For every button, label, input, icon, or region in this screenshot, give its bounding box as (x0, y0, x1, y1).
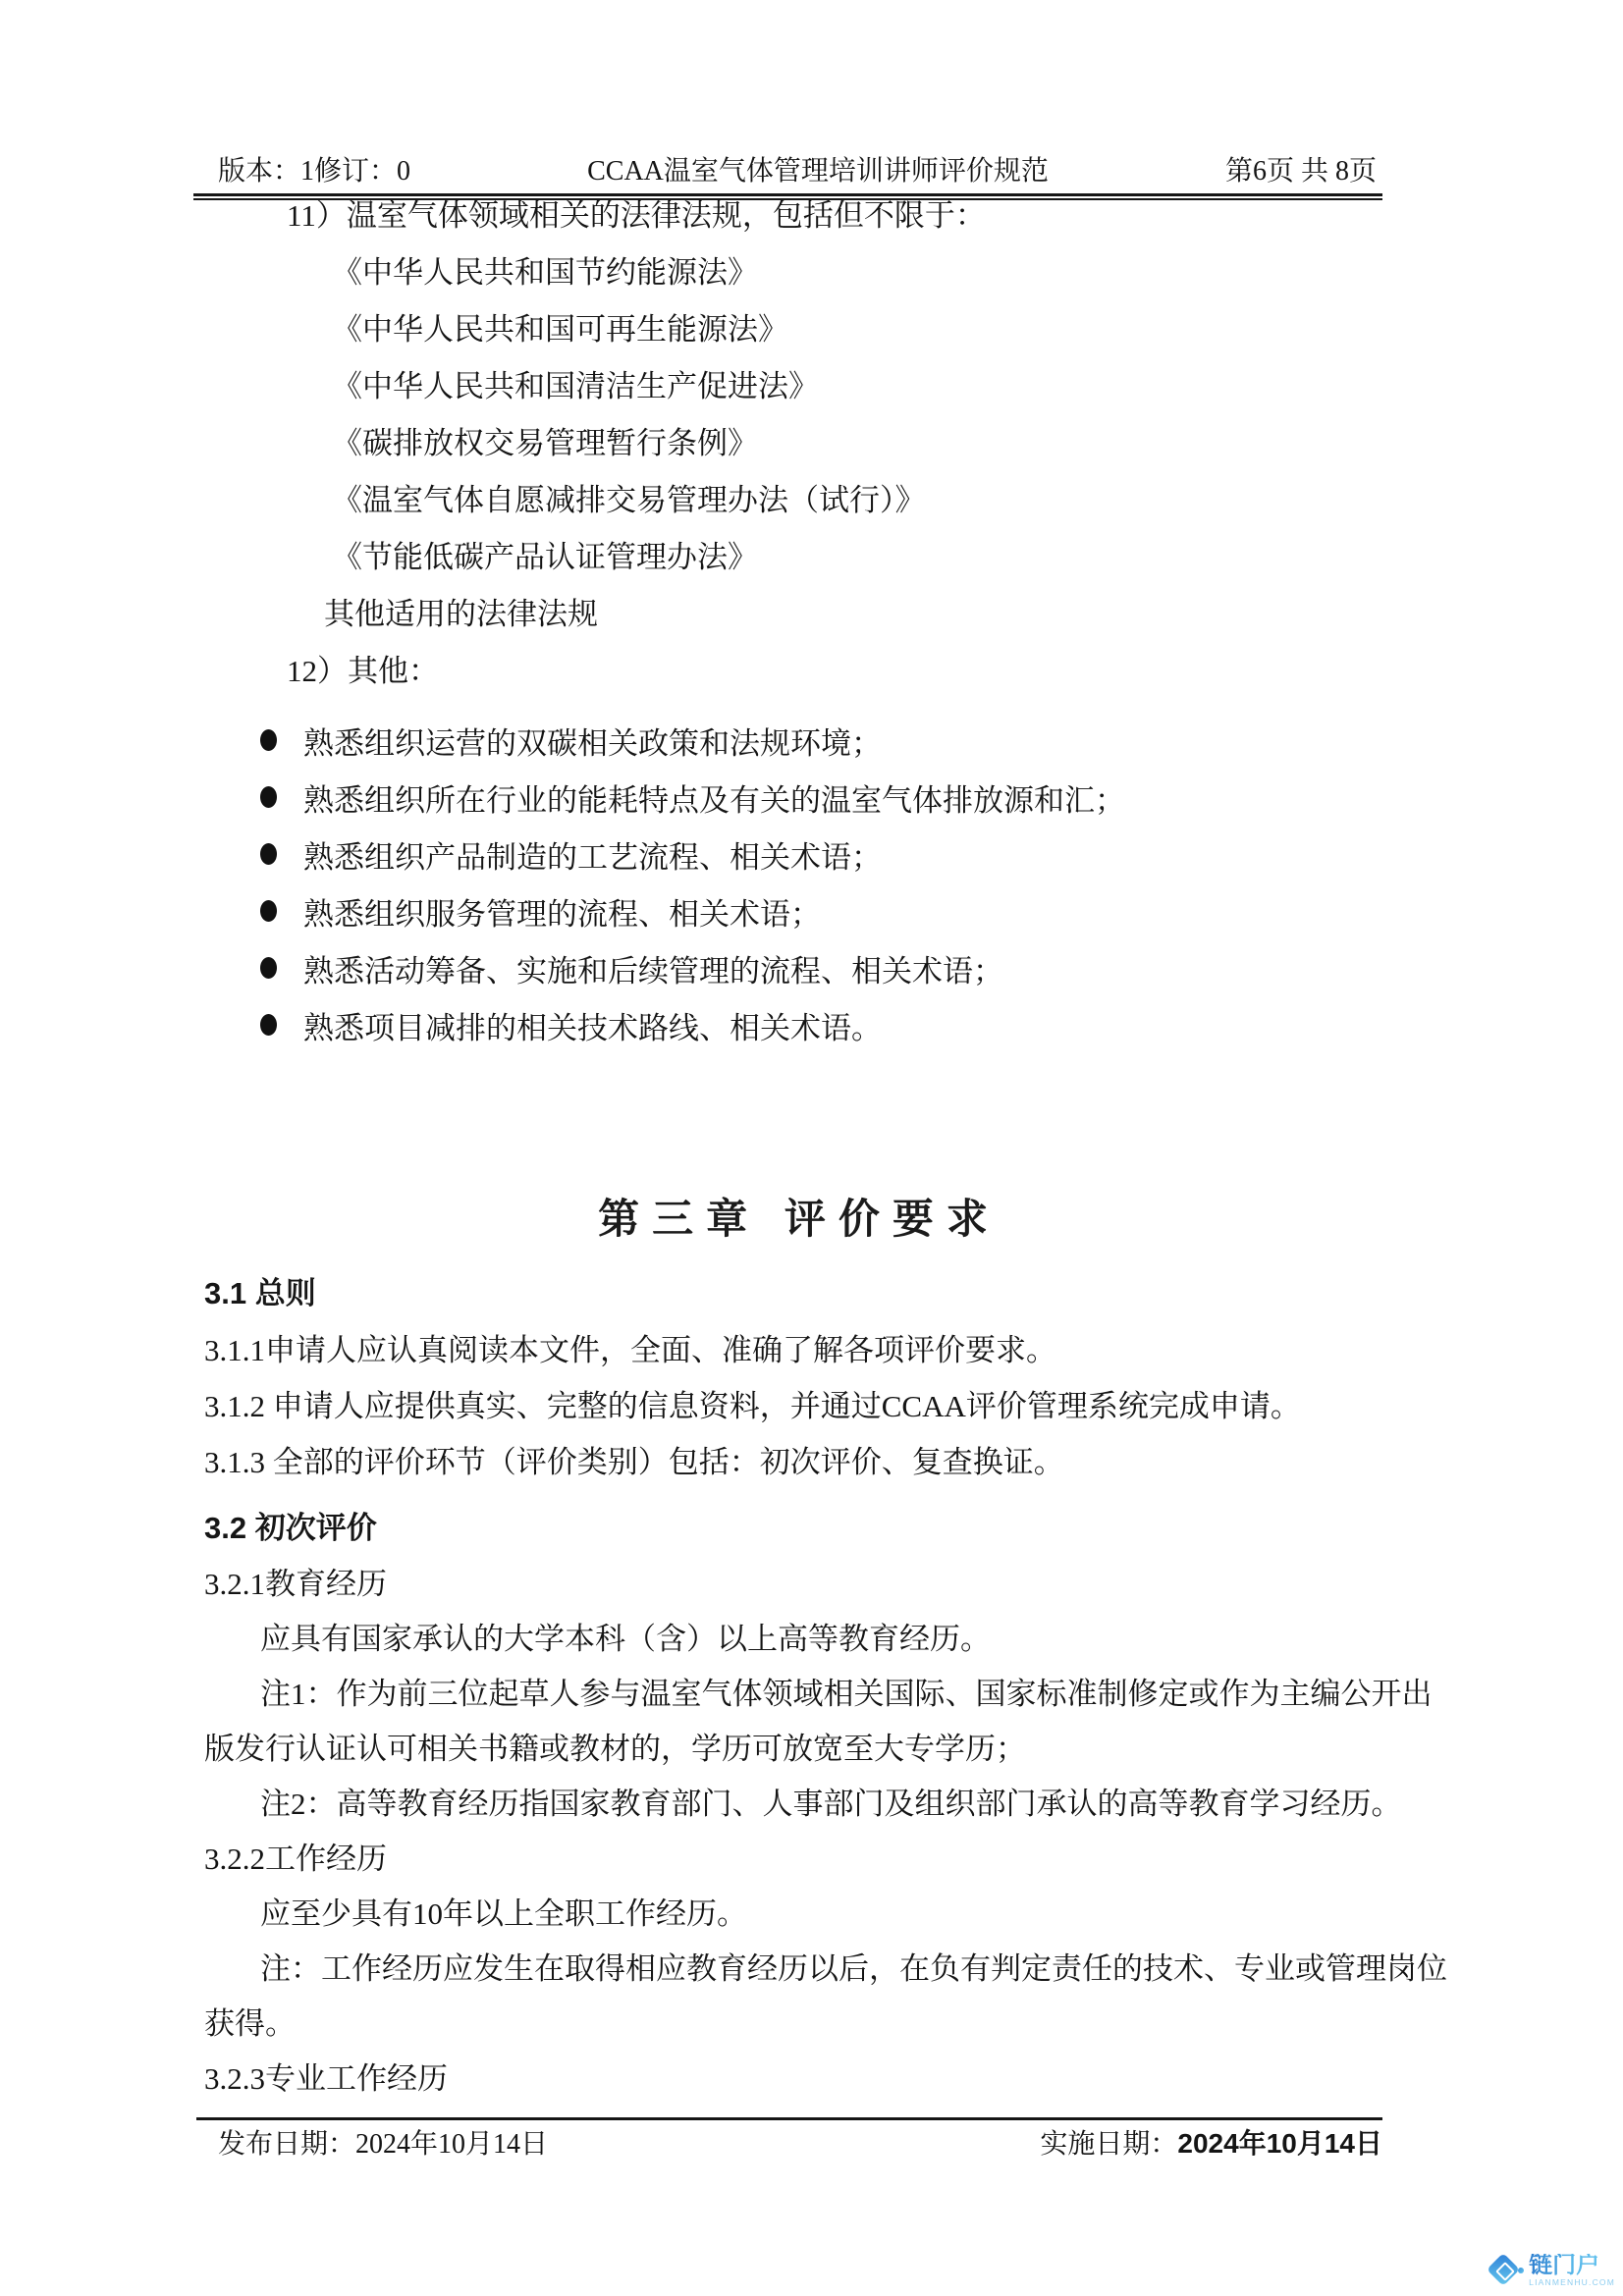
bullet-text: 熟悉活动筹备、实施和后续管理的流程、相关术语； (303, 946, 1003, 990)
lianmenhu-watermark: 链门户 LIANMENHU.COM (1486, 2251, 1615, 2290)
bullet-icon (260, 729, 277, 751)
note-1-line-2: 版发行认证认可相关书籍或教材的，学历可放宽至大专学历； (204, 1722, 1394, 1777)
release-date-label: 发布日期： (218, 2129, 355, 2160)
clause-3-2-3: 3.2.3专业工作经历 (204, 2052, 1394, 2107)
bullet-list-item: 熟悉组织服务管理的流程、相关术语； (204, 882, 1394, 939)
bullet-list-item: 熟悉组织运营的双碳相关政策和法规环境； (204, 712, 1394, 769)
work-note-line-2: 获得。 (204, 1997, 1394, 2052)
note-1-line-1: 注1：作为前三位起草人参与温室气体领域相关国际、国家标准制修定或作为主编公开出 (204, 1667, 1394, 1722)
clause-3-1-1: 3.1.1申请人应认真阅读本文件，全面、准确了解各项评价要求。 (204, 1322, 1394, 1378)
law-title: 《碳排放权交易管理暂行条例》 (204, 415, 1394, 472)
law-title: 《中华人民共和国节约能源法》 (204, 244, 1394, 301)
bullet-icon (260, 900, 277, 922)
list-item-11: 11）温室气体领域相关的法律法规，包括但不限于： (204, 187, 1394, 244)
bullet-text: 熟悉组织运营的双碳相关政策和法规环境； (303, 719, 882, 763)
bullet-list-item: 熟悉项目减排的相关技术路线、相关术语。 (204, 996, 1394, 1053)
bullet-text: 熟悉组织服务管理的流程、相关术语； (303, 889, 821, 934)
header-row: 版本：1修订：0 CCAA温室气体管理培训讲师评价规范 第6页 共 8页 (193, 153, 1382, 190)
bullet-icon (260, 786, 277, 808)
education-requirement: 应具有国家承认的大学本科（含）以上高等教育经历。 (204, 1612, 1394, 1667)
law-title: 《节能低碳产品认证管理办法》 (204, 529, 1394, 586)
other-laws-line: 其他适用的法律法规 (204, 586, 1394, 643)
release-date: 发布日期：2024年10月14日 (218, 2125, 548, 2164)
bullet-text: 熟悉组织所在行业的能耗特点及有关的温室气体排放源和汇； (303, 775, 1125, 820)
watermark-brand-name: 链门户 (1529, 2254, 1615, 2277)
section-3-1-heading: 3.1 总则 (204, 1265, 1394, 1322)
note-2: 注2：高等教育经历指国家教育部门、人事部门及组织部门承认的高等教育学习经历。 (204, 1777, 1394, 1832)
bullet-text: 熟悉项目减排的相关技术路线、相关术语。 (303, 1003, 882, 1047)
bullet-list-item: 熟悉组织产品制造的工艺流程、相关术语； (204, 826, 1394, 882)
header-version: 版本：1修订：0 (218, 153, 410, 190)
bullet-list: 熟悉组织运营的双碳相关政策和法规环境； 熟悉组织所在行业的能耗特点及有关的温室气… (204, 712, 1394, 1053)
work-requirement: 应至少具有10年以上全职工作经历。 (204, 1887, 1394, 1942)
release-date-value: 2024年10月14日 (355, 2129, 548, 2160)
document-body: 11）温室气体领域相关的法律法规，包括但不限于： 《中华人民共和国节约能源法》 … (204, 187, 1394, 2107)
watermark-domain: LIANMENHU.COM (1529, 2277, 1615, 2288)
document-page: 版本：1修订：0 CCAA温室气体管理培训讲师评价规范 第6页 共 8页 11）… (0, 0, 1623, 2296)
bullet-icon (260, 843, 277, 865)
header-page-number: 第6页 共 8页 (1225, 153, 1377, 190)
clause-3-2-2: 3.2.2工作经历 (204, 1832, 1394, 1887)
lianmenhu-diamond-icon (1486, 2251, 1525, 2290)
work-note-line-1: 注：工作经历应发生在取得相应教育经历以后，在负有判定责任的技术、专业或管理岗位 (204, 1942, 1394, 1997)
clause-3-1-3: 3.1.3 全部的评价环节（评价类别）包括：初次评价、复查换证。 (204, 1434, 1394, 1490)
law-title: 《温室气体自愿减排交易管理办法（试行）》 (204, 472, 1394, 529)
bullet-icon (260, 957, 277, 979)
watermark-text: 链门户 LIANMENHU.COM (1529, 2254, 1615, 2288)
footer-row: 发布日期：2024年10月14日 实施日期：2024年10月14日 (196, 2120, 1382, 2164)
law-title: 《中华人民共和国可再生能源法》 (204, 301, 1394, 358)
clause-3-2-1: 3.2.1教育经历 (204, 1557, 1394, 1612)
bullet-list-item: 熟悉活动筹备、实施和后续管理的流程、相关术语； (204, 939, 1394, 996)
bullet-text: 熟悉组织产品制造的工艺流程、相关术语； (303, 832, 882, 877)
implementation-date: 实施日期：2024年10月14日 (1040, 2124, 1382, 2164)
list-item-12: 12）其他： (204, 643, 1394, 700)
bullet-icon (260, 1014, 277, 1036)
document-title: CCAA温室气体管理培训讲师评价规范 (410, 153, 1225, 190)
clause-3-1-2: 3.1.2 申请人应提供真实、完整的信息资料，并通过CCAA评价管理系统完成申请… (204, 1378, 1394, 1434)
implementation-date-value: 2024年10月14日 (1177, 2128, 1382, 2159)
page-footer: 发布日期：2024年10月14日 实施日期：2024年10月14日 (196, 2117, 1382, 2164)
bullet-list-item: 熟悉组织所在行业的能耗特点及有关的温室气体排放源和汇； (204, 769, 1394, 826)
implementation-date-label: 实施日期： (1040, 2129, 1177, 2160)
law-title: 《中华人民共和国清洁生产促进法》 (204, 358, 1394, 415)
chapter-heading: 第三章 评价要求 (204, 1189, 1394, 1250)
section-3-2-heading: 3.2 初次评价 (204, 1500, 1394, 1557)
